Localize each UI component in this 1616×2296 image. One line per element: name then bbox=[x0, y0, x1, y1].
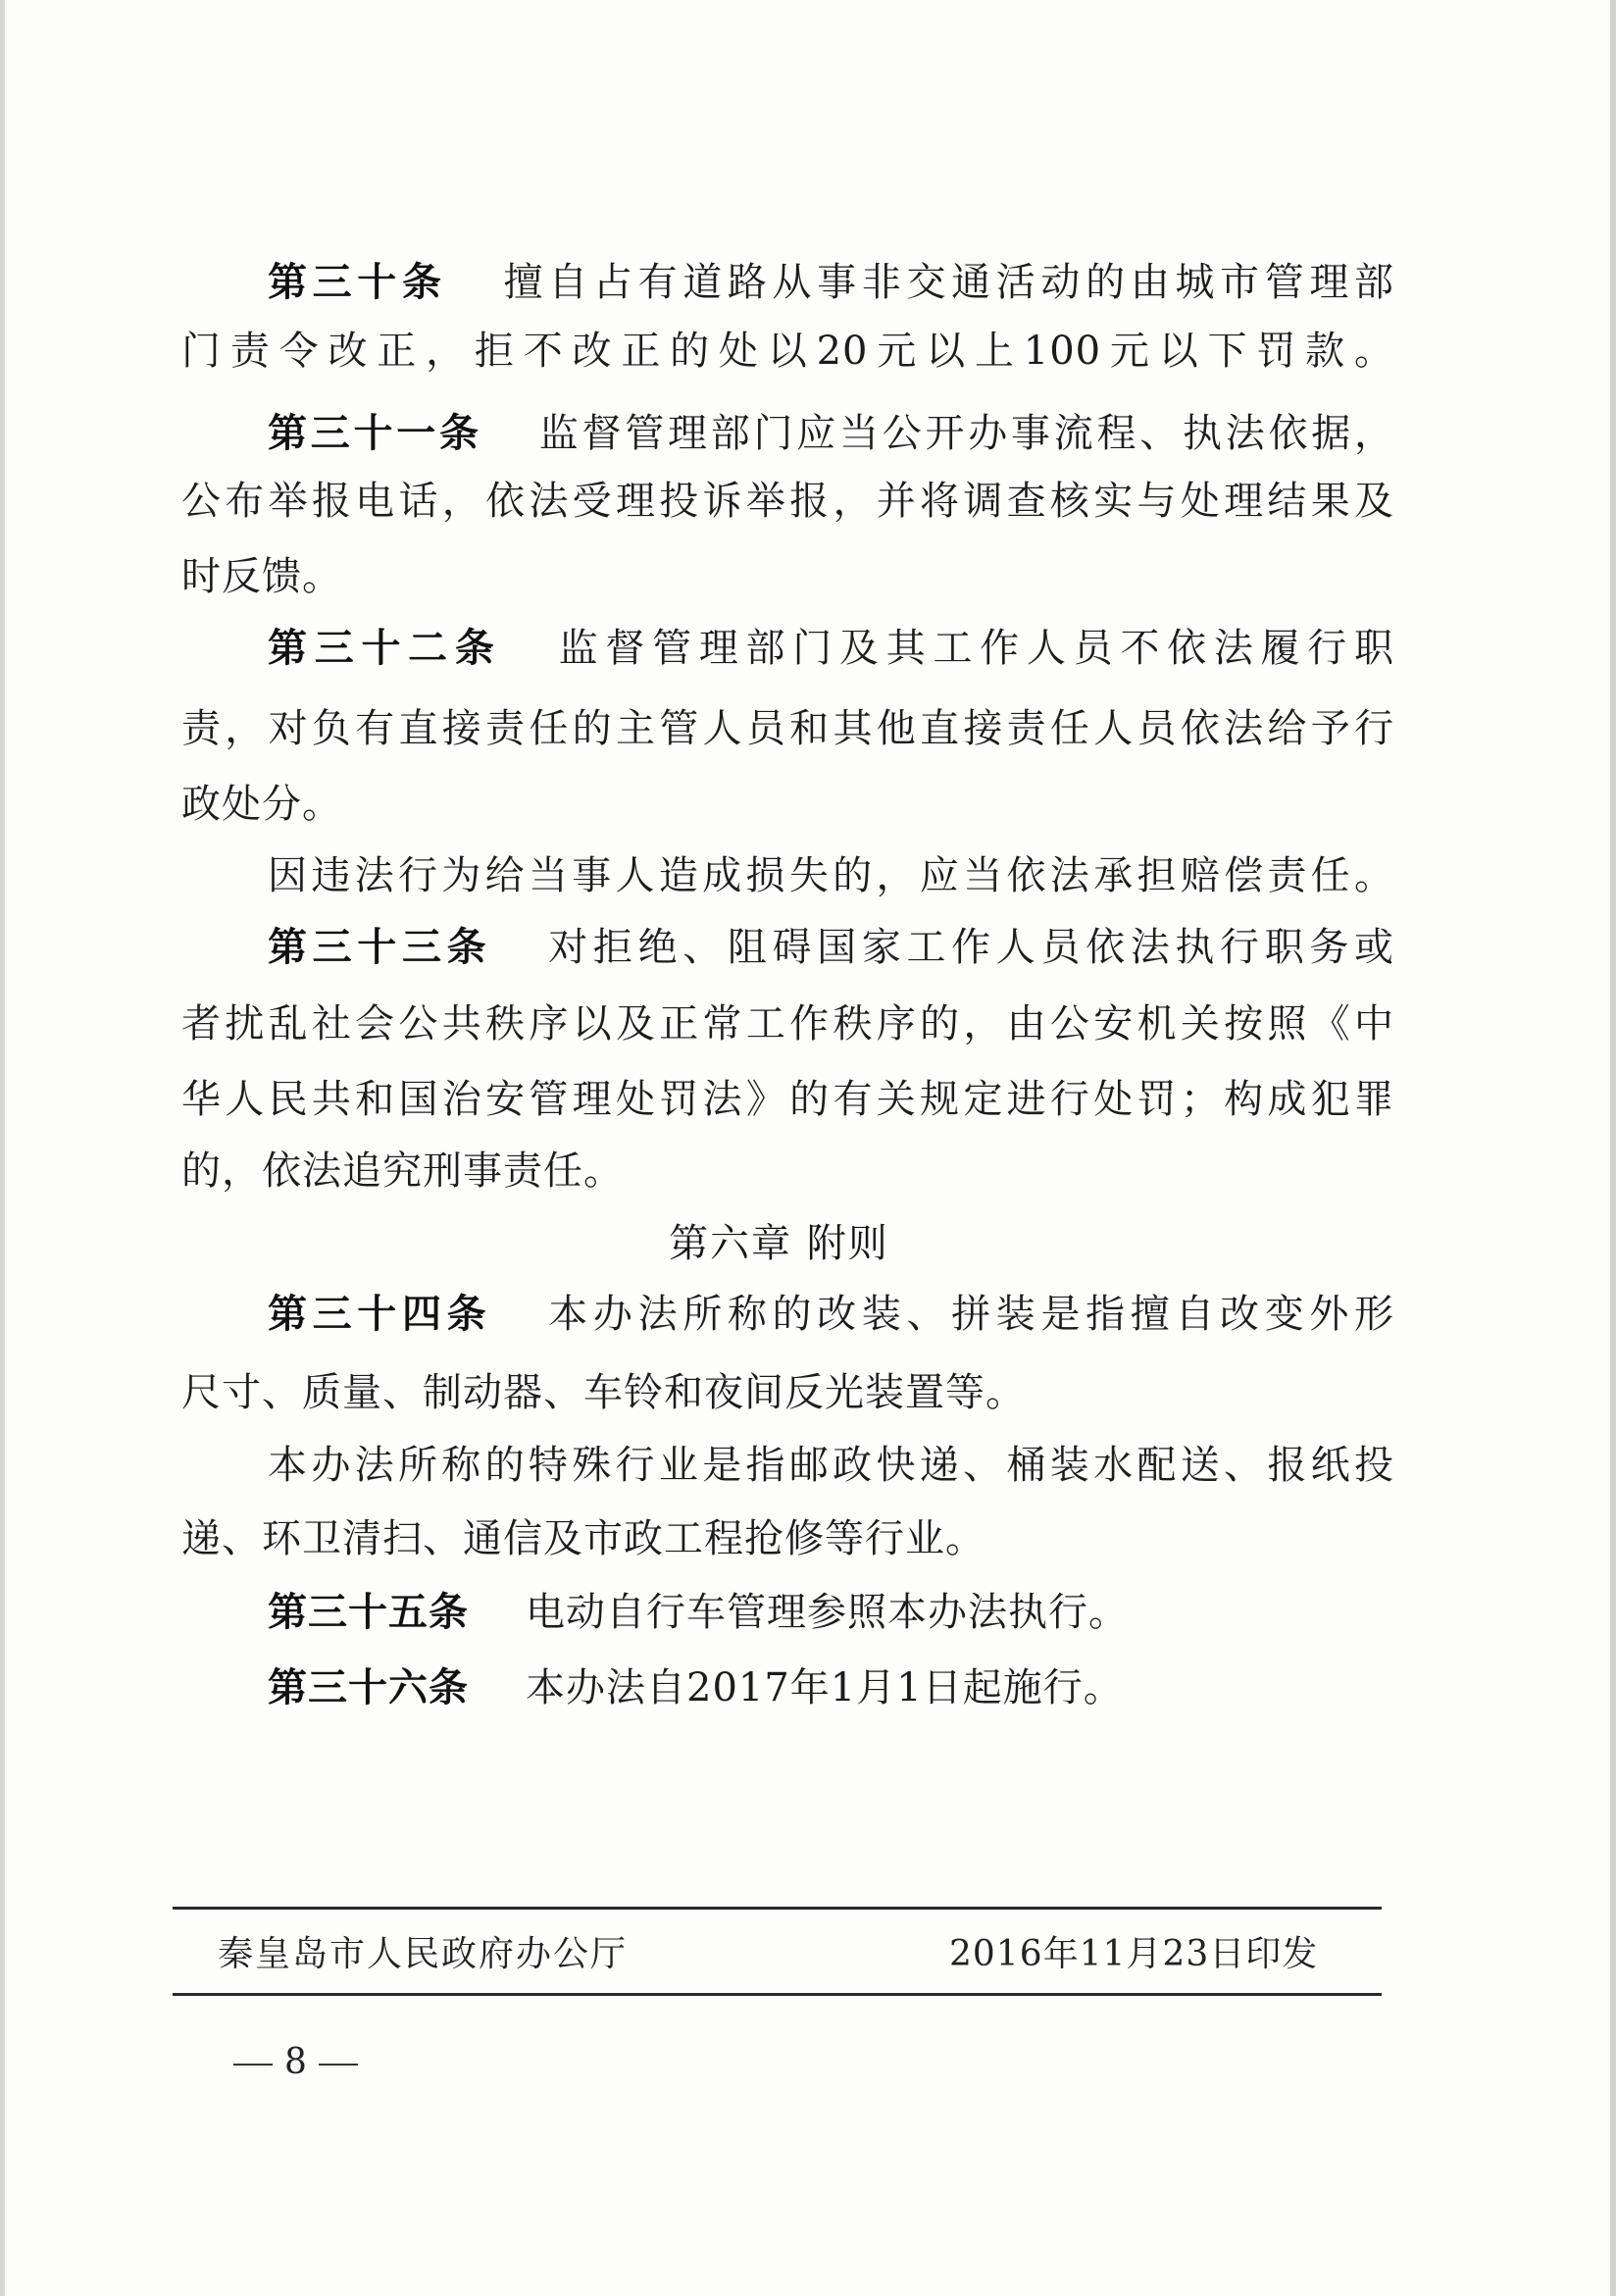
special-industries-line-2: 递、环卫清扫、通信及市政工程抢修等行业。 bbox=[181, 1514, 1394, 1563]
scan-edge-right bbox=[1610, 0, 1616, 2296]
article-31-line-3: 时反馈。 bbox=[181, 552, 1394, 601]
article-30-line-2: 门责令改正，拒不改正的处以20元以上100元以下罚款。 bbox=[181, 327, 1394, 376]
article-33-line-4: 的，依法追究刑事责任。 bbox=[181, 1147, 1394, 1196]
article-label: 第三十二条 bbox=[268, 626, 502, 671]
chapter-heading: 第六章 附则 bbox=[669, 1219, 904, 1268]
article-text: 本办法所称的改装、拼装是指擅自改变外形 bbox=[548, 1292, 1394, 1337]
article-label: 第三十条 bbox=[268, 260, 447, 305]
article-label: 第三十五条 bbox=[268, 1590, 469, 1635]
article-31-line-2: 公布举报电话，依法受理投诉举报，并将调查核实与处理结果及 bbox=[181, 477, 1394, 526]
compensation-paragraph: 因违法行为给当事人造成损失的，应当依法承担赔偿责任。 bbox=[268, 851, 1394, 900]
page-number: 8 bbox=[222, 2040, 370, 2085]
article-32-line-3: 政处分。 bbox=[181, 780, 1394, 829]
article-31-line-1: 第三十一条监督管理部门应当公开办事流程、执法依据， bbox=[268, 409, 1394, 458]
article-text: 擅自占有道路从事非交通活动的由城市管理部 bbox=[504, 260, 1394, 305]
article-36: 第三十六条本办法自2017年1月1日起施行。 bbox=[268, 1663, 1394, 1712]
article-33-line-1: 第三十三条对拒绝、阻碍国家工作人员依法执行职务或 bbox=[268, 923, 1394, 972]
article-30-line-1: 第三十条擅自占有道路从事非交通活动的由城市管理部 bbox=[268, 258, 1394, 307]
footer-issuer: 秦皇岛市人民政府办公厅 bbox=[218, 1930, 628, 1979]
article-text: 监督管理部门应当公开办事流程、执法依据， bbox=[539, 411, 1394, 456]
article-33-line-3: 华人民共和国治安管理处罚法》的有关规定进行处罚；构成犯罪 bbox=[181, 1075, 1394, 1124]
footer-bottom-rule bbox=[173, 1993, 1382, 1996]
dash-left bbox=[233, 2064, 273, 2066]
article-35: 第三十五条电动自行车管理参照本办法执行。 bbox=[268, 1588, 1394, 1637]
article-34-line-2: 尺寸、质量、制动器、车铃和夜间反光装置等。 bbox=[181, 1368, 1394, 1417]
article-label: 第三十三条 bbox=[268, 925, 491, 970]
footer-date: 2016年11月23日印发 bbox=[949, 1930, 1318, 1979]
article-34-line-1: 第三十四条本办法所称的改装、拼装是指擅自改变外形 bbox=[268, 1290, 1394, 1339]
article-32-line-2: 责，对负有直接责任的主管人员和其他直接责任人员依法给予行 bbox=[181, 704, 1394, 753]
scan-edge-left bbox=[0, 0, 5, 2296]
article-label: 第三十四条 bbox=[268, 1292, 491, 1337]
article-label: 第三十六条 bbox=[268, 1665, 469, 1710]
article-text: 电动自行车管理参照本办法执行。 bbox=[526, 1590, 1129, 1635]
special-industries-line-1: 本办法所称的特殊行业是指邮政快递、桶装水配送、报纸投 bbox=[268, 1441, 1394, 1490]
article-text: 对拒绝、阻碍国家工作人员依法执行职务或 bbox=[548, 925, 1394, 970]
article-text: 本办法自2017年1月1日起施行。 bbox=[526, 1665, 1124, 1710]
dash-right bbox=[319, 2064, 358, 2066]
page-number-value: 8 bbox=[284, 2042, 307, 2082]
footer-top-rule bbox=[173, 1907, 1382, 1910]
article-label: 第三十一条 bbox=[268, 411, 482, 456]
article-text: 监督管理部门及其工作人员不依法履行职 bbox=[559, 626, 1394, 671]
article-33-line-2: 者扰乱社会公共秩序以及正常工作秩序的，由公安机关按照《中 bbox=[181, 999, 1394, 1048]
article-32-line-1: 第三十二条监督管理部门及其工作人员不依法履行职 bbox=[268, 624, 1394, 673]
